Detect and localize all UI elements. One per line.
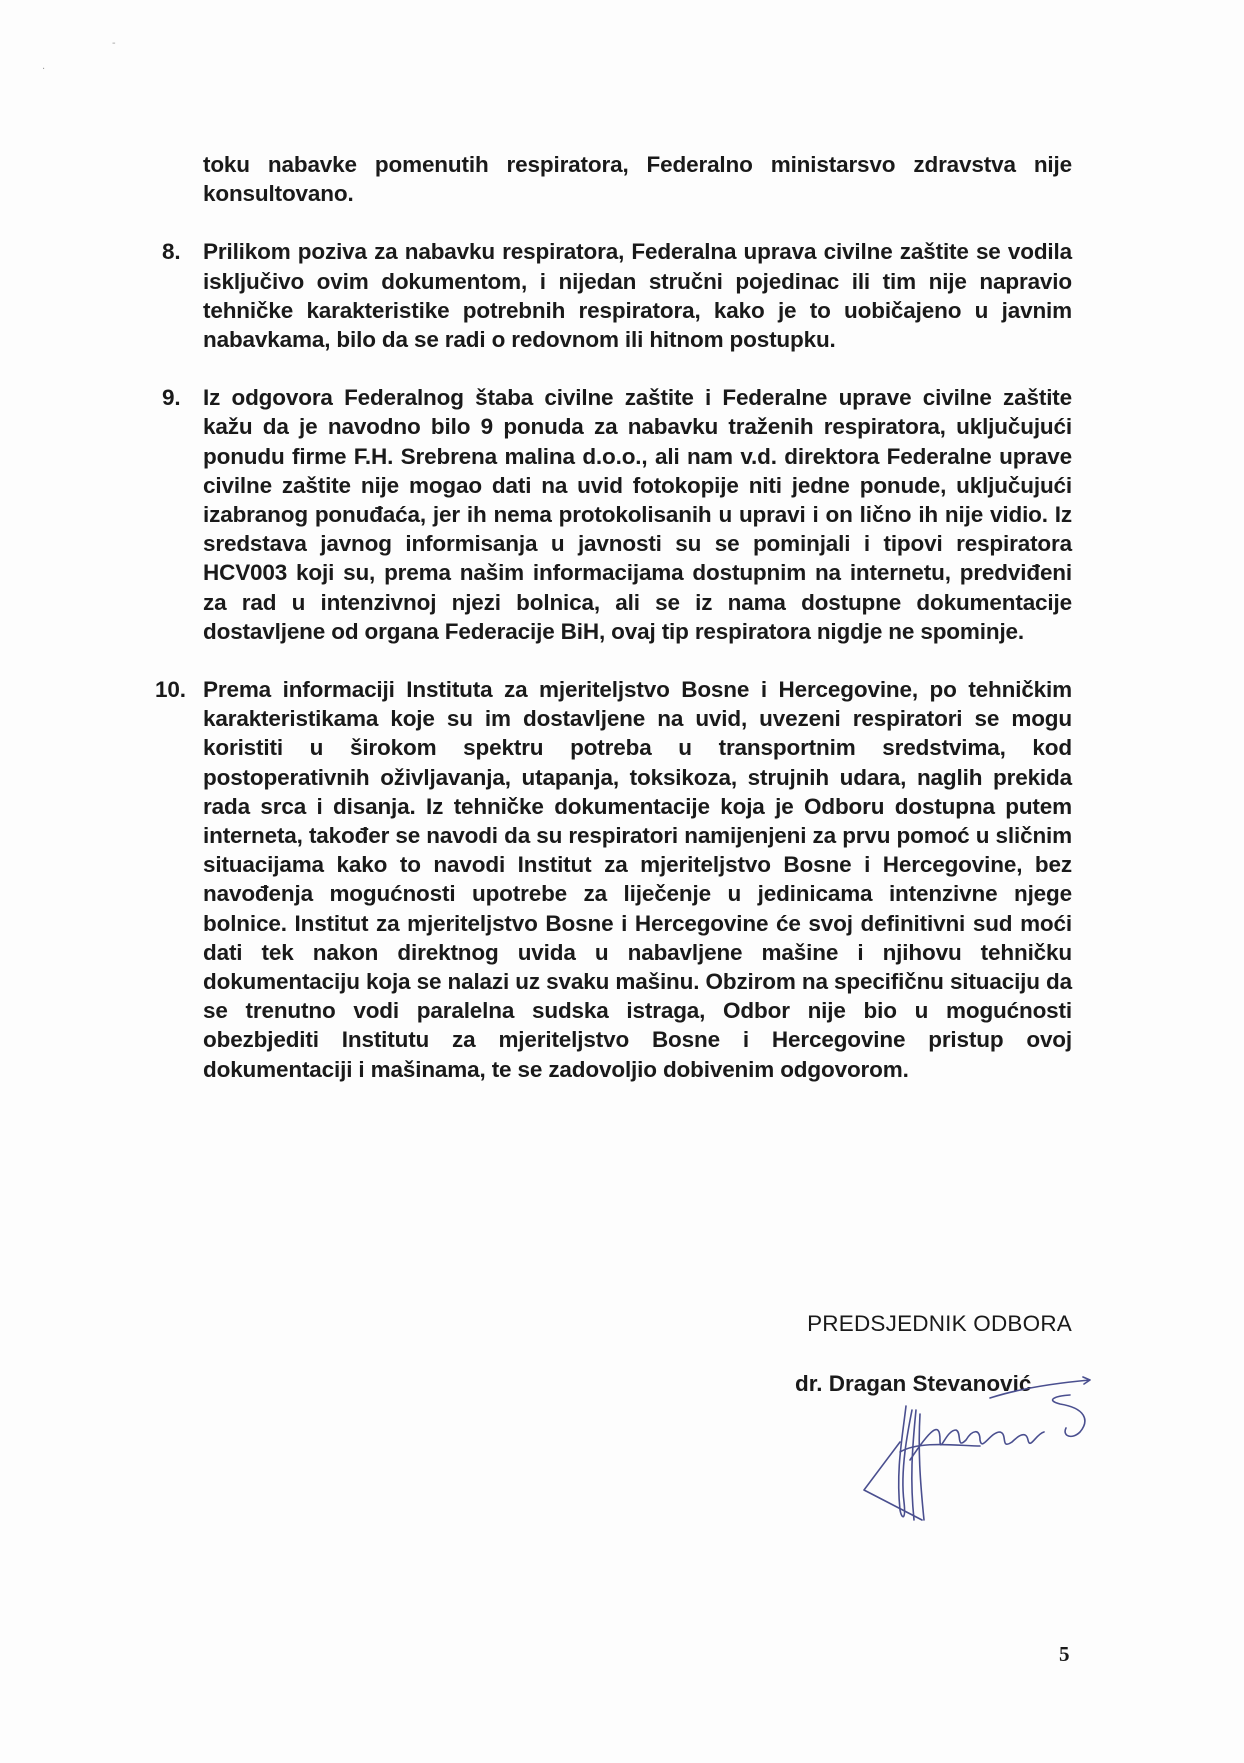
list-item-10: 10. Prema informaciji Instituta za mjeri… [203,675,1072,1084]
item-number: 10. [155,675,186,704]
page-number: 5 [1059,1642,1070,1667]
document-page: · - toku nabavke pomenutih respiratora, … [0,0,1244,1763]
item-text: Prilikom poziva za nabavku respiratora, … [203,239,1072,352]
scan-artifact: · [42,64,45,75]
document-body: toku nabavke pomenutih respiratora, Fede… [203,150,1072,1113]
intro-paragraph: toku nabavke pomenutih respiratora, Fede… [203,150,1072,208]
item-text: Iz odgovora Federalnog štaba civilne zaš… [203,385,1072,644]
list-item-8: 8. Prilikom poziva za nabavku respirator… [203,237,1072,354]
signature-title: PREDSJEDNIK ODBORA [807,1311,1072,1337]
item-number: 9. [162,383,180,412]
item-text: Prema informaciji Instituta za mjeritelj… [203,677,1072,1082]
handwritten-signature-icon [840,1370,1110,1530]
list-item-9: 9. Iz odgovora Federalnog štaba civilne … [203,383,1072,646]
item-number: 8. [162,237,180,266]
scan-artifact: - [112,38,116,49]
